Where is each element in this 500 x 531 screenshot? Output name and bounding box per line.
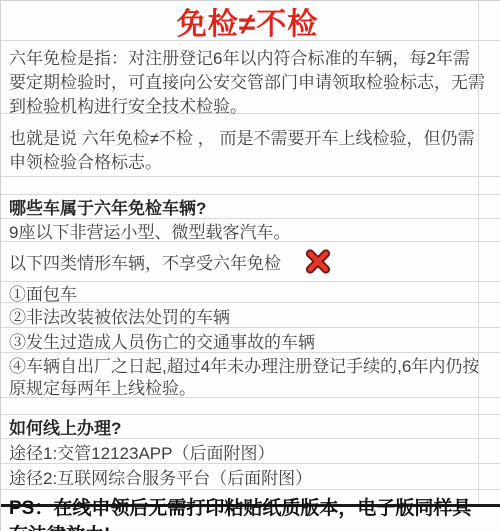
intro-paragraph-2: 也就是说 六年免检≠不检 ， 而是不需要开车上线检验，但仍需申领检验合格标志。 (1, 114, 500, 177)
eligible-section-heading: 哪些车属于六年免检车辆? (1, 195, 500, 219)
title-row: 免检≠不检 (1, 1, 500, 41)
page-title: 免检≠不检 (177, 0, 318, 43)
eligible-section-body: 9座以下非营运小型、微型载客汽车。 (1, 219, 500, 242)
online-section-heading: 如何线上办理? (1, 415, 500, 439)
spacer-row (1, 177, 500, 195)
intro-paragraph-1: 六年免检是指：对注册登记6年以内符合标准的车辆，每2年需要定期检验时，可直接向公… (1, 41, 500, 114)
footer-ps-note: PS：在线申领后无需打印粘贴纸质版本，电子版同样具有法律效力! (1, 504, 500, 531)
excluded-section-intro: 以下四类情形车辆，不享受六年免检 (9, 249, 281, 274)
excluded-item: ②非法改装被依法处罚的车辆 (1, 303, 500, 328)
spacer-row (1, 398, 500, 415)
excluded-item: ④车辆自出厂之日起,超过4年未办理注册登记手续的,6年内仍按原规定每两年上线检验… (1, 353, 500, 398)
excluded-section-intro-row: 以下四类情形车辆，不享受六年免检 (1, 242, 500, 282)
online-way-item: 途径2:互联网综合服务平台（后面附图） (1, 464, 500, 490)
excluded-item: ③发生过造成人员伤亡的交通事故的车辆 (1, 328, 500, 353)
red-cross-icon (303, 248, 333, 275)
grid-vertical-line (478, 1, 479, 504)
vehicle-inspection-sheet: 免检≠不检 六年免检是指：对注册登记6年以内符合标准的车辆，每2年需要定期检验时… (0, 0, 500, 531)
excluded-item: ①面包车 (1, 282, 500, 303)
online-way-item: 途径1:交管12123APP（后面附图） (1, 439, 500, 464)
